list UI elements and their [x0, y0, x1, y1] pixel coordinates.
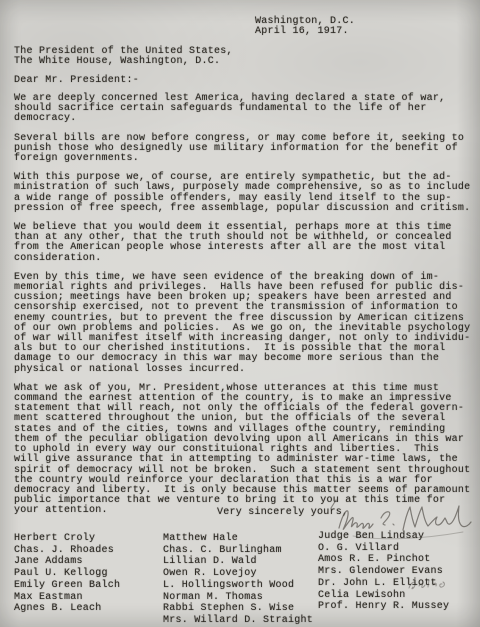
letter-page: Washington, D.C. April 16, 1917. The Pre… — [0, 0, 480, 627]
paragraph: With this purpose we, of course, are ent… — [14, 173, 474, 214]
signatory-column-1: Herbert CrolyChas. J. RhoadesJane Addams… — [14, 533, 120, 615]
signatory-name: Jane Addams — [14, 556, 120, 568]
signatory-name: L. Hollingsworth Wood — [163, 580, 313, 592]
dateline: Washington, D.C. April 16, 1917. — [255, 17, 355, 37]
paragraph: We are deeply concerned lest America, ha… — [14, 94, 474, 125]
signatory-name: Chas. C. Burlingham — [163, 545, 313, 557]
paragraph: Even by this time, we have seen evidence… — [14, 273, 474, 375]
pencil-note-handwriting — [406, 575, 454, 593]
signatory-name: Amos R. E. Pinchot — [318, 554, 449, 566]
signatory-name: Rabbi Stephen S. Wise — [163, 603, 313, 615]
signatory-name: Paul U. Kellogg — [14, 568, 120, 580]
signatory-name: Emily Green Balch — [14, 580, 120, 592]
signatory-name: Lillian D. Wald — [163, 556, 313, 568]
signatory-name: O. G. Villard — [318, 543, 449, 555]
signatory-name: Agnes B. Leach — [14, 603, 120, 615]
signatory-column-2: Matthew HaleChas. C. BurlinghamLillian D… — [163, 533, 313, 627]
letter-body: We are deeply concerned lest America, ha… — [14, 94, 474, 526]
signatory-name: Mrs. Willard D. Straight — [163, 615, 313, 627]
signatory-name: Owen R. Lovejoy — [163, 568, 313, 580]
signatory-column-3: Judge Ben LindsayO. G. VillardAmos R. E.… — [318, 531, 449, 613]
signatory-name: Chas. J. Rhoades — [14, 545, 120, 557]
recipient-address: The President of the United States, The … — [14, 47, 233, 67]
paragraph: Several bills are now before congress, o… — [14, 134, 474, 165]
signatory-name: Matthew Hale — [163, 533, 313, 545]
paragraph: We believe that you would deem it essent… — [14, 223, 474, 264]
signature-lillian-wald-handwriting — [323, 494, 475, 542]
signatory-name: Norman M. Thomas — [163, 592, 313, 604]
salutation: Dear Mr. President:- — [14, 76, 139, 86]
signatory-name: Max Eastman — [14, 592, 120, 604]
signatory-name: Prof. Henry R. Mussey — [318, 601, 449, 613]
signatory-name: Herbert Croly — [14, 533, 120, 545]
